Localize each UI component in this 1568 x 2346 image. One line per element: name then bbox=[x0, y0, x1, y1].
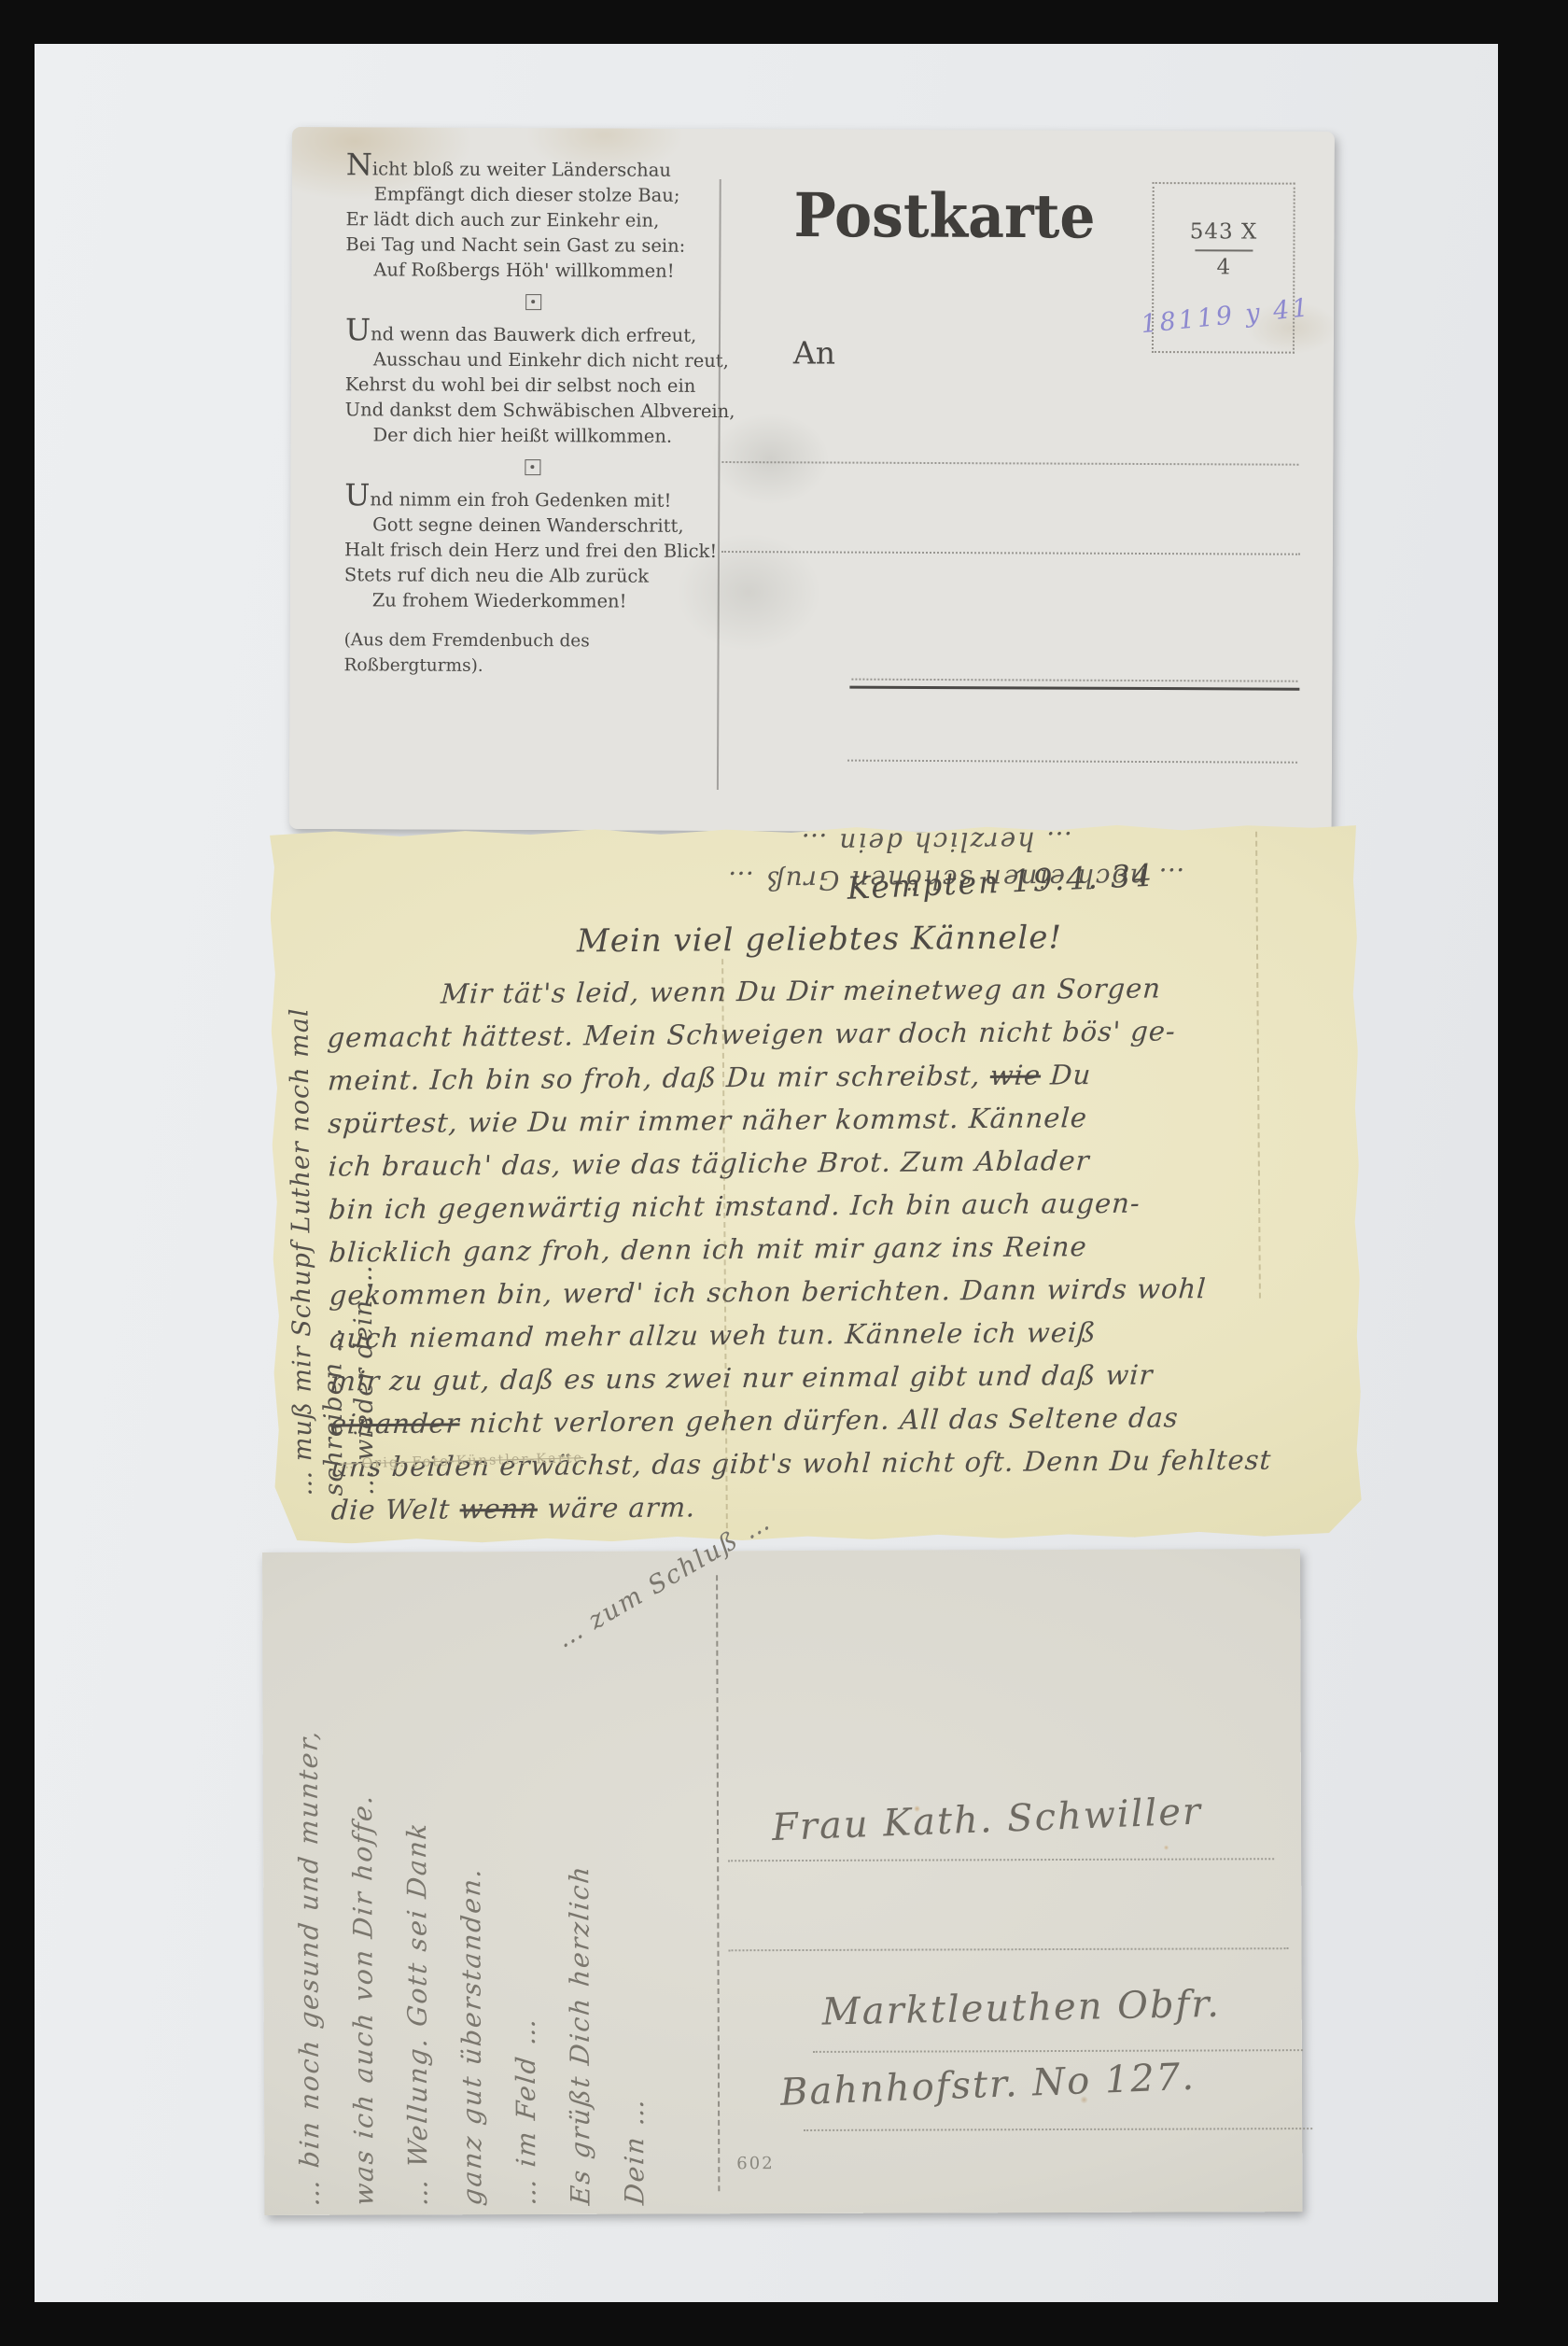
poem-line: Empfängt dich dieser stolze Bau; bbox=[346, 181, 721, 208]
address-dotted-line bbox=[721, 461, 1298, 466]
letter-body: Mir tät's leid, wenn Du Dir meinetweg an… bbox=[327, 965, 1335, 1531]
address-dotted-line bbox=[721, 551, 1300, 555]
square-dot-ornament-icon bbox=[525, 294, 541, 310]
handwriting-line: … muß mir Schupf Luther noch mal schreib… bbox=[284, 907, 350, 1496]
address-dotted-line bbox=[728, 1858, 1274, 1861]
poem-line: Gott segne deinen Wanderschritt, bbox=[344, 512, 720, 539]
poem-line: Ausschau und Einkehr dich nicht reut, bbox=[345, 346, 721, 373]
archive-number-handwritten: 18119 y 41 bbox=[1140, 293, 1309, 339]
poem-block: Nicht bloß zu weiter Länderschau Empfäng… bbox=[343, 155, 721, 680]
address-dotted-line bbox=[847, 760, 1297, 764]
poem-stanza-3: Und nimm ein froh Gedenken mit! Gott seg… bbox=[344, 485, 721, 614]
poem-line: Der dich hier heißt willkommen. bbox=[345, 422, 721, 449]
poem-stanza-1: Nicht bloß zu weiter Länderschau Empfäng… bbox=[345, 155, 721, 284]
poem-line: Stets ruf dich neu die Alb zurück bbox=[344, 562, 720, 589]
poem-line: Halt frisch dein Herz und frei den Blick… bbox=[344, 537, 720, 564]
stamp-code-rule bbox=[1195, 249, 1253, 251]
poem-stanza-2: Und wenn das Bauwerk dich erfreut, Aussc… bbox=[345, 320, 721, 449]
addressee-name: Frau Kath. Schwiller bbox=[771, 1790, 1203, 1849]
handwriting-line: … wieder dein … bbox=[345, 907, 381, 1496]
message-address-divider bbox=[716, 1575, 720, 2191]
address-an-label: An bbox=[793, 334, 835, 371]
stamp-box: 543 X 4 18119 y 41 bbox=[1152, 182, 1295, 354]
addressee-street: Bahnhofstr. No 127. bbox=[779, 2056, 1196, 2114]
poem-line: Zu frohem Wiederkommen! bbox=[344, 587, 720, 614]
poem-line: Und dankst dem Schwäbischen Albverein, bbox=[345, 397, 721, 424]
stamp-code-numerator: 543 X bbox=[1154, 219, 1293, 245]
address-dotted-line bbox=[813, 2049, 1303, 2053]
poem-line: Kehrst du wohl bei dir selbst noch ein bbox=[345, 372, 721, 399]
struck-word: wenn bbox=[459, 1493, 539, 1525]
handwriting-line: die Welt wenn wäre arm. bbox=[329, 1481, 1336, 1531]
address-dotted-line bbox=[851, 679, 1297, 682]
margin-vertical-note: … muß mir Schupf Luther noch mal schreib… bbox=[284, 907, 381, 1496]
line-segment: wäre arm. bbox=[537, 1491, 697, 1524]
address-dotted-line bbox=[728, 1947, 1288, 1951]
poem-line: Auf Roßbergs Höh' willkommen! bbox=[345, 257, 721, 284]
poem-line: Und wenn das Bauwerk dich erfreut, bbox=[345, 320, 721, 348]
handwriting-line: … im Feld … bbox=[497, 1571, 553, 2208]
address-dotted-line bbox=[804, 2128, 1312, 2131]
line-segment: die Welt bbox=[330, 1493, 461, 1525]
salutation: Mein viel geliebtes Kännele! bbox=[577, 919, 1063, 960]
poem-line: Er lädt dich auch zur Einkehr ein, bbox=[346, 206, 721, 233]
poem-line: Und nimm ein froh Gedenken mit! bbox=[344, 485, 720, 513]
struck-word: wie bbox=[989, 1060, 1042, 1091]
handwriting-line: Es grüßt Dich herzlich bbox=[552, 1571, 608, 2208]
handwriting-line: … bin noch gesund und munter, bbox=[281, 1572, 337, 2209]
handwriting-line: ganz gut überstanden. bbox=[443, 1571, 499, 2208]
postkarte-title: Postkarte bbox=[793, 181, 1095, 253]
poem-source-note: (Aus dem Fremdenbuch des Roßbergturms). bbox=[343, 627, 719, 680]
vertical-message-block: … bin noch gesund und munter, was ich au… bbox=[281, 1574, 662, 2206]
address-underline bbox=[849, 686, 1299, 691]
postcard-pencil-address: … bin noch gesund und munter, was ich au… bbox=[262, 1549, 1302, 2215]
handwriting-line: Dein … bbox=[606, 1571, 662, 2208]
square-dot-ornament-icon bbox=[525, 459, 540, 475]
stamp-code-denominator: 4 bbox=[1154, 255, 1293, 280]
line-segment: nicht verloren gehen dürfen. All das Sel… bbox=[459, 1401, 1180, 1439]
addressee-town: Marktleuthen Obfr. bbox=[821, 1983, 1221, 2034]
postcard-printed-back: Nicht bloß zu weiter Länderschau Empfäng… bbox=[289, 127, 1335, 834]
poem-line: Nicht bloß zu weiter Länderschau bbox=[346, 155, 721, 183]
poem-line: Bei Tag und Nacht sein Gast zu sein: bbox=[345, 232, 721, 259]
handwriting-line: was ich auch von Dir hoffe. bbox=[335, 1572, 391, 2209]
handwriting-line: … Wellung. Gott sei Dank bbox=[389, 1571, 445, 2208]
postcard-handwritten-letter: … noch einen schönen Gruß … … herzlich d… bbox=[270, 823, 1362, 1544]
line-segment: meint. Ich bin so froh, daß Du mir schre… bbox=[327, 1060, 991, 1097]
printer-number: 602 bbox=[736, 2154, 774, 2173]
line-segment: Du bbox=[1040, 1059, 1092, 1090]
